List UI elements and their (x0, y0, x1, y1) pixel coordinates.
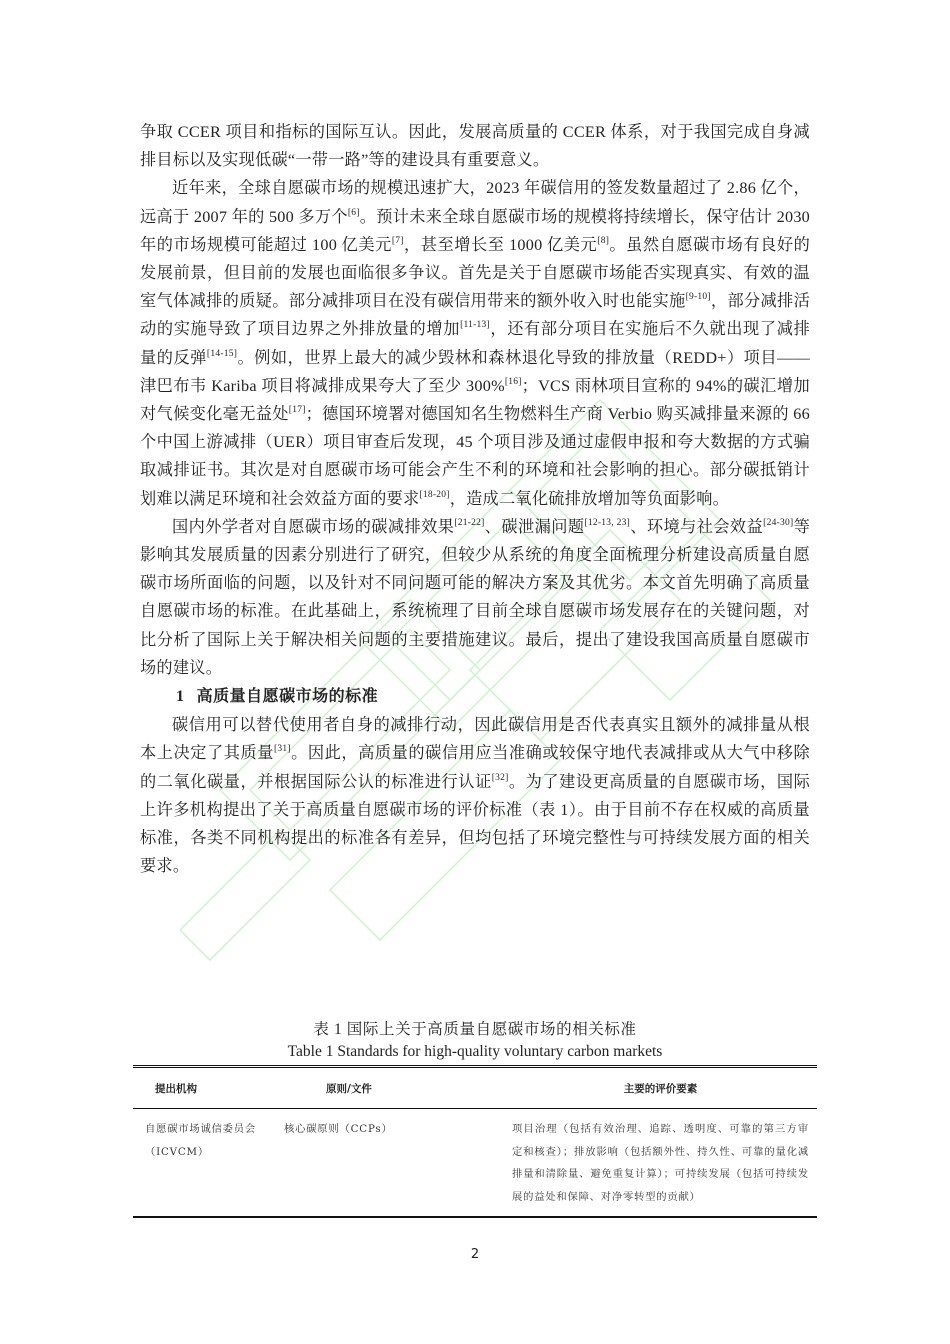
section-heading: 1 高质量自愿碳市场的标准 (140, 682, 810, 711)
citation: [14-15] (207, 349, 237, 359)
citation: [6] (348, 208, 360, 218)
citation: [9-10] (686, 292, 711, 302)
cell-doc: 核心碳原则（CCPs） (278, 1109, 506, 1218)
paragraph: 近年来，全球自愿碳市场的规模迅速扩大，2023 年碳信用的签发数量超过了 2.8… (140, 174, 810, 512)
standards-table: 提出机构 原则/文件 主要的评价要素 自愿碳市场诚信委员会（ICVCM） 核心碳… (133, 1065, 817, 1218)
citation: [21-22] (454, 518, 484, 528)
table-header-row: 提出机构 原则/文件 主要的评价要素 (133, 1067, 817, 1109)
header-elements: 主要的评价要素 (506, 1067, 817, 1109)
citation: [18-20] (419, 490, 449, 500)
citation: [12-13, 23] (584, 518, 630, 528)
header-doc: 原则/文件 (278, 1067, 506, 1109)
citation: [31] (274, 744, 291, 754)
citation: [16] (505, 377, 522, 387)
cell-org: 自愿碳市场诚信委员会（ICVCM） (133, 1109, 278, 1218)
document-page: 争取 CCER 项目和指标的国际互认。因此，发展高质量的 CCER 体系，对于我… (0, 0, 950, 1344)
section-number: 1 (176, 688, 185, 705)
section-title: 高质量自愿碳市场的标准 (197, 686, 379, 705)
citation: [32] (492, 773, 509, 783)
page-number: 2 (0, 1247, 950, 1262)
citation: [8] (597, 236, 609, 246)
header-org: 提出机构 (133, 1067, 278, 1109)
paragraph: 国内外学者对自愿碳市场的碳减排效果[21-22]、碳泄漏问题[12-13, 23… (140, 513, 810, 682)
citation: [17] (289, 405, 306, 415)
table-caption-en: Table 1 Standards for high-quality volun… (130, 1043, 820, 1061)
table-caption-cn: 表 1 国际上关于高质量自愿碳市场的相关标准 (130, 1017, 820, 1039)
citation: [11-13] (460, 320, 490, 330)
citation: [24-30] (763, 518, 793, 528)
table-row: 自愿碳市场诚信委员会（ICVCM） 核心碳原则（CCPs） 项目治理（包括有效治… (133, 1109, 817, 1218)
paragraph: 争取 CCER 项目和指标的国际互认。因此，发展高质量的 CCER 体系，对于我… (140, 118, 810, 174)
paragraph: 碳信用可以替代使用者自身的减排行动，因此碳信用是否代表真实且额外的减排量从根本上… (140, 711, 810, 880)
citation: [7] (392, 236, 404, 246)
body-text: 争取 CCER 项目和指标的国际互认。因此，发展高质量的 CCER 体系，对于我… (140, 118, 810, 880)
cell-elements: 项目治理（包括有效治理、追踪、透明度、可靠的第三方审定和核查）；排放影响（包括额… (506, 1109, 817, 1218)
